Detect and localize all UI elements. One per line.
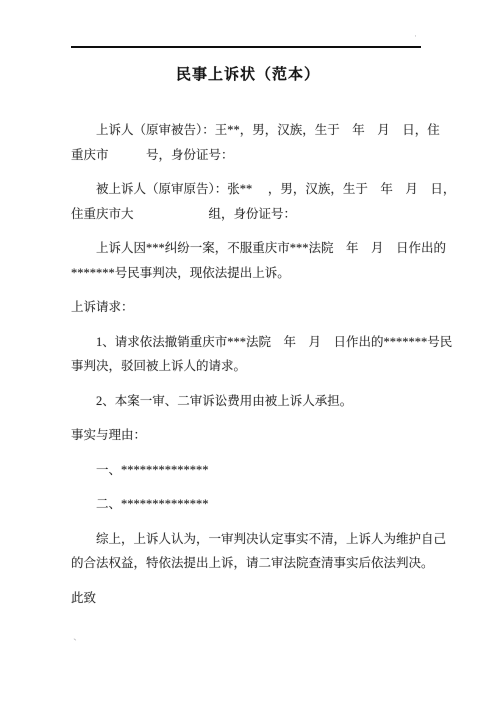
document-title: 民事上诉状（范本） bbox=[0, 64, 496, 86]
appeal-requests-heading: 上诉请求： bbox=[71, 295, 436, 320]
appellee-info: 被上诉人（原审原告）：张** ，男，汉族，生于 年 月 日，住重庆市大 组，身份… bbox=[71, 177, 436, 226]
document-line: 二、************** bbox=[71, 492, 436, 517]
document-line: 综上，上诉人认为，一审判决认定事实不清，上诉人为维护自己 bbox=[71, 527, 436, 552]
scan-artifact-bottom-left: ` bbox=[73, 636, 77, 651]
document-line: 一、************** bbox=[71, 458, 436, 483]
case-intro: 上诉人因***纠纷一案，不服重庆市***法院 年 月 日作出的*******号民… bbox=[71, 236, 436, 285]
scan-artifact-top-right: · bbox=[414, 31, 418, 41]
document-line: 事判决，驳回被上诉人的请求。 bbox=[71, 354, 436, 379]
document-body: 上诉人（原审被告）：王**，男，汉族，生于 年 月 日，住重庆市 号，身份证号：… bbox=[71, 118, 436, 620]
document-line: 重庆市 号，身份证号： bbox=[71, 143, 436, 168]
document-line: *******号民事判决，现依法提出上诉。 bbox=[71, 261, 436, 286]
document-line: 2、本案一审、二审诉讼费用由被上诉人承担。 bbox=[71, 389, 436, 414]
fact-item-1: 一、************** bbox=[71, 458, 436, 483]
header-rule bbox=[71, 46, 421, 48]
fact-item-2: 二、************** bbox=[71, 492, 436, 517]
request-item-1: 1、请求依法撤销重庆市***法院 年 月 日作出的*******号民事判决，驳回… bbox=[71, 330, 436, 379]
conclusion: 综上，上诉人认为，一审判决认定事实不清，上诉人为维护自己的合法权益，特依法提出上… bbox=[71, 527, 436, 576]
closing-salutation: 此致 bbox=[71, 586, 436, 611]
appellant-info: 上诉人（原审被告）：王**，男，汉族，生于 年 月 日，住重庆市 号，身份证号： bbox=[71, 118, 436, 167]
document-line: 此致 bbox=[71, 586, 436, 611]
scanned-document-page: · 民事上诉状（范本） 上诉人（原审被告）：王**，男，汉族，生于 年 月 日，… bbox=[0, 0, 496, 702]
document-line: 上诉人（原审被告）：王**，男，汉族，生于 年 月 日，住 bbox=[71, 118, 436, 143]
document-line: 的合法权益，特依法提出上诉，请二审法院查清事实后依法判决。 bbox=[71, 551, 436, 576]
document-line: 1、请求依法撤销重庆市***法院 年 月 日作出的*******号民 bbox=[71, 330, 436, 355]
document-line: 上诉人因***纠纷一案，不服重庆市***法院 年 月 日作出的 bbox=[71, 236, 436, 261]
document-line: 上诉请求： bbox=[71, 295, 436, 320]
document-line: 被上诉人（原审原告）：张** ，男，汉族，生于 年 月 日， bbox=[71, 177, 436, 202]
document-line: 住重庆市大 组，身份证号： bbox=[71, 202, 436, 227]
request-item-2: 2、本案一审、二审诉讼费用由被上诉人承担。 bbox=[71, 389, 436, 414]
facts-reasons-heading: 事实与理由： bbox=[71, 423, 436, 448]
document-line: 事实与理由： bbox=[71, 423, 436, 448]
